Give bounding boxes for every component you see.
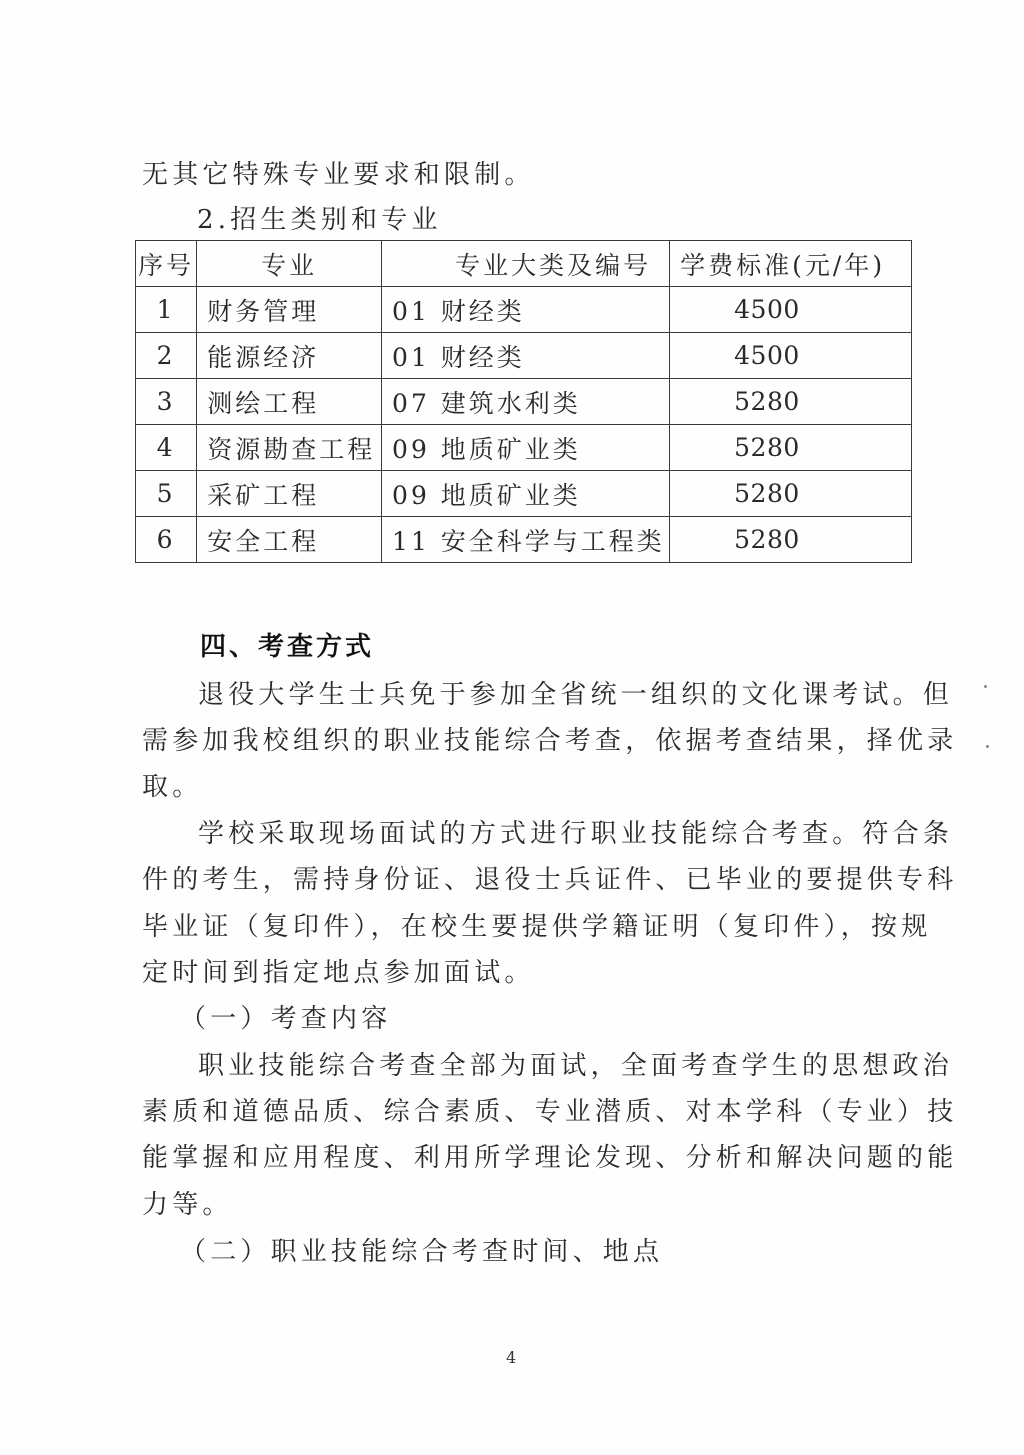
- cell-fee: 5280: [670, 517, 912, 563]
- cell-category: 01 财经类: [382, 333, 670, 379]
- cell-fee: 4500: [670, 287, 912, 333]
- cell-major: 资源勘查工程: [197, 425, 382, 471]
- para3-line2: 素质和道德品质、综合素质、专业潜质、对本学科（专业）技: [142, 1097, 957, 1127]
- scan-speck: [986, 745, 989, 748]
- cell-no: 4: [136, 425, 197, 471]
- document-page: 无其它特殊专业要求和限制。 2.招生类别和专业 序号 专业 专业大类及编号 学费…: [0, 0, 1024, 1455]
- page-number: 4: [506, 1348, 516, 1367]
- table-row: 2 能源经济 01 财经类 4500: [136, 333, 912, 379]
- para1-line3: 取。: [142, 772, 202, 802]
- cell-major: 采矿工程: [197, 471, 382, 517]
- section-2-title: 2.招生类别和专业: [197, 205, 442, 235]
- header-category: 专业大类及编号: [382, 241, 670, 287]
- sub1-heading: （一）考查内容: [180, 1004, 391, 1034]
- table-row: 5 采矿工程 09 地质矿业类 5280: [136, 471, 912, 517]
- header-no: 序号: [136, 241, 197, 287]
- cell-category: 09 地质矿业类: [382, 425, 670, 471]
- sub2-heading: （二）职业技能综合考查时间、地点: [180, 1237, 663, 1267]
- cell-major: 财务管理: [197, 287, 382, 333]
- scan-speck: [984, 685, 987, 688]
- para2-line4: 定时间到指定地点参加面试。: [142, 958, 535, 988]
- table-header-row: 序号 专业 专业大类及编号 学费标准(元/年): [136, 241, 912, 287]
- cell-fee: 5280: [670, 379, 912, 425]
- para2-line1: 学校采取现场面试的方式进行职业技能综合考查。符合条: [198, 819, 953, 849]
- para1-line1: 退役大学生士兵免于参加全省统一组织的文化课考试。但: [198, 680, 953, 710]
- para2-line2: 件的考生，需持身份证、退役士兵证件、已毕业的要提供专科: [142, 865, 957, 895]
- cell-category: 07 建筑水利类: [382, 379, 670, 425]
- cell-major: 能源经济: [197, 333, 382, 379]
- header-fee: 学费标准(元/年): [670, 241, 912, 287]
- table-row: 3 测绘工程 07 建筑水利类 5280: [136, 379, 912, 425]
- para1-line2: 需参加我校组织的职业技能综合考查，依据考查结果，择优录: [142, 726, 957, 756]
- cell-category: 11 安全科学与工程类: [382, 517, 670, 563]
- cell-no: 5: [136, 471, 197, 517]
- cell-no: 3: [136, 379, 197, 425]
- cell-category: 09 地质矿业类: [382, 471, 670, 517]
- table-row: 4 资源勘查工程 09 地质矿业类 5280: [136, 425, 912, 471]
- cell-no: 6: [136, 517, 197, 563]
- cell-major: 测绘工程: [197, 379, 382, 425]
- para3-line1: 职业技能综合考查全部为面试，全面考查学生的思想政治: [198, 1051, 953, 1081]
- cell-major: 安全工程: [197, 517, 382, 563]
- header-major: 专业: [197, 241, 382, 287]
- cell-fee: 4500: [670, 333, 912, 379]
- para3-line3: 能掌握和应用程度、利用所学理论发现、分析和解决问题的能: [142, 1143, 957, 1173]
- table-row: 6 安全工程 11 安全科学与工程类 5280: [136, 517, 912, 563]
- intro-tail-text: 无其它特殊专业要求和限制。: [142, 160, 535, 190]
- cell-category: 01 财经类: [382, 287, 670, 333]
- cell-fee: 5280: [670, 425, 912, 471]
- section-4-heading: 四、考查方式: [200, 632, 374, 662]
- cell-fee: 5280: [670, 471, 912, 517]
- para3-line4: 力等。: [142, 1190, 233, 1220]
- para2-line3: 毕业证（复印件），在校生要提供学籍证明（复印件），按规: [142, 912, 931, 942]
- cell-no: 1: [136, 287, 197, 333]
- table-row: 1 财务管理 01 财经类 4500: [136, 287, 912, 333]
- majors-table: 序号 专业 专业大类及编号 学费标准(元/年) 1 财务管理 01 财经类 45…: [135, 240, 912, 563]
- cell-no: 2: [136, 333, 197, 379]
